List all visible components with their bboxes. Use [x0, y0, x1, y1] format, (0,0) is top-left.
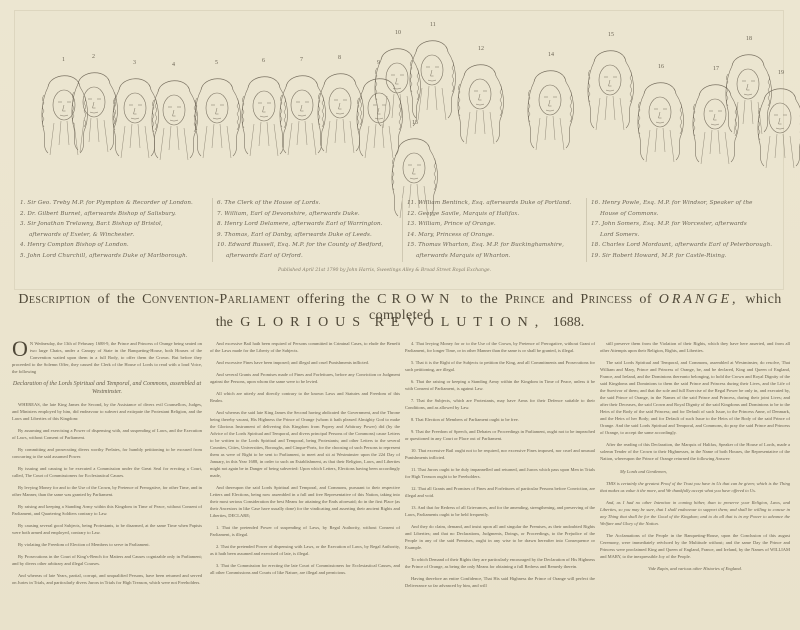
body-paragraph: 8. That Election of Members of Parliamen… — [405, 416, 595, 423]
body-column-2: And excessive Bail hath been required of… — [210, 340, 400, 581]
caption-line: 18. Charles Lord Mordaunt, afterwards Ea… — [591, 240, 781, 251]
drop-cap: O — [12, 340, 28, 358]
body-paragraph: 5. That it is the Right of the Subjects … — [405, 359, 595, 373]
body-paragraph: By assuming and exercising a Power of di… — [12, 427, 202, 441]
body-paragraph: And excessive Fines have been imposed; a… — [210, 359, 400, 366]
caption-line: House of Commons. — [591, 209, 781, 220]
portrait-number: 5 — [215, 60, 218, 66]
body-paragraph: And thereupon the said Lords Spiritual a… — [210, 484, 400, 519]
caption-line: afterwards of Exeter, & Winchester. — [20, 230, 210, 241]
body-text: ON Wednesday, the 13th of February 1688-… — [0, 340, 800, 630]
body-paragraph: And whereas the said late King James the… — [210, 409, 400, 479]
caption-line: 15. Thomas Wharton, Esq. M.P. for Buckin… — [407, 240, 597, 251]
body-paragraph: To which Demand of their Rights they are… — [405, 556, 595, 570]
portrait-number: 8 — [338, 55, 341, 61]
title-description: Description — [18, 292, 90, 307]
portrait-sketch: 14 — [520, 60, 580, 160]
portrait-sketch: 12 — [450, 54, 510, 154]
title-word: to the — [461, 292, 498, 307]
portrait-number: 12 — [478, 46, 484, 52]
body-paragraph: By Prosecutions in the Court of King's-B… — [12, 553, 202, 567]
body-paragraph: And whereas of late Years, partial, corr… — [12, 572, 202, 586]
body-paragraph: 2. That the pretended Power of dispensin… — [210, 543, 400, 557]
title-year: 1688. — [553, 315, 585, 330]
title-word: of the — [98, 292, 136, 307]
body-paragraph: WHEREAS, the late King James the Second,… — [12, 401, 202, 422]
body-paragraph: The said Lords Spiritual and Temporal, a… — [600, 359, 790, 436]
body-paragraph: 9. That the Freedom of Speech, and Debat… — [405, 428, 595, 442]
title-crown: CROWN — [377, 292, 454, 307]
title-convention-parliament: Convention-Parliament — [142, 292, 290, 307]
engraved-head-icon — [750, 78, 800, 173]
body-paragraph: 7. That the Subjects, which are Protesta… — [405, 397, 595, 411]
portrait-number: 10 — [395, 30, 401, 36]
body-paragraph: By levying Money for and to the Use of t… — [12, 484, 202, 498]
engraved-head-icon — [630, 72, 690, 167]
caption-line: 3. Sir Jonathan Trelawny, Bar.t Bishop o… — [20, 219, 210, 230]
body-paragraph: 6. That the raising or keeping a Standin… — [405, 378, 595, 392]
caption-line: 13. William, Prince of Orange. — [407, 219, 597, 230]
caption-line: 9. Thomas, Earl of Danby, afterwards Duk… — [217, 230, 407, 241]
caption-line: 2. Dr. Gilbert Burnet, afterwards Bishop… — [20, 209, 210, 220]
caption-line: 12. George Savile, Marquis of Halifax. — [407, 209, 597, 220]
title-word: and — [552, 292, 573, 307]
caption-line: afterwards Marquis of Wharton. — [407, 251, 597, 262]
portrait-group: 12345678910111213141516171819 — [20, 30, 760, 200]
body-paragraph: And, as I had no other Intention in comi… — [600, 499, 790, 527]
source-citation: Vide Rapin, and various other Histories … — [600, 565, 790, 572]
body-paragraph: still preserve them from the Violation o… — [600, 340, 790, 354]
caption-line: 11. William Bentinck, Esq. afterwards Du… — [407, 198, 597, 209]
publication-line: Published April 21st 1790 by John Harris… — [278, 268, 491, 273]
portrait-number: 18 — [746, 36, 752, 42]
caption-line: afterwards Earl of Orford. — [217, 251, 407, 262]
engraved-head-icon — [520, 60, 580, 155]
body-column-1: ON Wednesday, the 13th of February 1688-… — [12, 340, 202, 591]
body-paragraph: Having therefore an entire Confidence, T… — [405, 575, 595, 589]
portrait-key: 1. Sir Geo. Treby M.P. for Plympton & Re… — [20, 198, 770, 268]
portrait-sketch: 16 — [630, 72, 690, 172]
title-princess: Princess — [580, 292, 632, 307]
caption-line: Lord Somers. — [591, 230, 781, 241]
portrait-number: 14 — [548, 52, 554, 58]
body-paragraph: 10. That excessive Bail ought not to be … — [405, 447, 595, 461]
body-paragraph: 1. That the pretended Power of suspendin… — [210, 524, 400, 538]
caption-line: 19. Sir Robert Howard, M.P. for Castle-R… — [591, 251, 781, 262]
body-paragraph: After the reading of this Declaration, t… — [600, 441, 790, 462]
engraved-head-icon — [450, 54, 510, 149]
body-paragraph: By committing and prosecuting divers wor… — [12, 446, 202, 460]
document-sheet: 12345678910111213141516171819 1. Sir Geo… — [0, 0, 800, 630]
body-paragraph: 3. That the Commission for erecting the … — [210, 562, 400, 576]
portrait-number: 16 — [658, 64, 664, 70]
portrait-number: 4 — [172, 62, 175, 68]
body-paragraph: And excessive Bail hath been required of… — [210, 340, 400, 354]
title-orange: ORANGE, — [659, 292, 739, 307]
caption-line: 7. William, Earl of Devonshire, afterwar… — [217, 209, 407, 220]
body-paragraph: 13. And that for Redress of all Grievanc… — [405, 504, 595, 518]
body-paragraph: And several Grants and Promises made of … — [210, 371, 400, 385]
body-paragraph: 12. That all Grants and Promises of Fine… — [405, 485, 595, 499]
portrait-sketch: 19 — [750, 78, 800, 178]
caption-line: 5. John Lord Churchill, afterwards Duke … — [20, 251, 210, 262]
title-prince: Prince — [505, 292, 545, 307]
closing-paragraph: The Acclamations of the People in the Ba… — [600, 532, 790, 560]
address-salutation: My Lords and Gentlemen, — [600, 468, 790, 475]
title-word: the — [216, 315, 233, 330]
caption-line: 6. The Clerk of the House of Lords. — [217, 198, 407, 209]
title-glorious: GLORIOUS — [240, 315, 367, 330]
caption-column-4: 16. Henry Powle, Esq. M.P. for Windsor, … — [586, 198, 781, 262]
body-paragraph: And they do claim, demand, and insist up… — [405, 523, 595, 551]
body-paragraph: By violating the Freedom of Election of … — [12, 541, 202, 548]
portrait-number: 2 — [92, 54, 95, 60]
body-column-4: still preserve them from the Violation o… — [600, 340, 790, 577]
caption-line: 8. Henry Lord Delamere, afterwards Earl … — [217, 219, 407, 230]
caption-column-3: 11. William Bentinck, Esq. afterwards Du… — [402, 198, 597, 262]
portrait-number: 6 — [262, 58, 265, 64]
body-paragraph: 11. That Jurors ought to be duly impanne… — [405, 466, 595, 480]
body-column-3: 4. That levying Money for or to the Use … — [405, 340, 595, 594]
title-line-2: the GLORIOUS REVOLUTION, 1688. — [0, 315, 800, 331]
caption-line: 17. John Somers, Esq. M.P. for Worcester… — [591, 219, 781, 230]
title-revolution: REVOLUTION, — [375, 315, 546, 330]
caption-column-2: 6. The Clerk of the House of Lords.7. Wi… — [212, 198, 407, 262]
portrait-number: 19 — [778, 70, 784, 76]
intro-paragraph: ON Wednesday, the 13th of February 1688-… — [12, 340, 202, 375]
body-paragraph: THIS is certainly the greatest Proof of … — [600, 480, 790, 494]
caption-line: 10. Edward Russell, Esq. M.P. for the Co… — [217, 240, 407, 251]
caption-line: 1. Sir Geo. Treby M.P. for Plympton & Re… — [20, 198, 210, 209]
body-paragraph: 4. That levying Money for or to the Use … — [405, 340, 595, 354]
portrait-number: 3 — [133, 60, 136, 66]
body-paragraph: By issuing and causing to be executed a … — [12, 465, 202, 479]
caption-line: 16. Henry Powle, Esq. M.P. for Windsor, … — [591, 198, 781, 209]
title-word: of — [639, 292, 651, 307]
caption-line: 14. Mary, Princess of Orange. — [407, 230, 597, 241]
caption-line: 4. Henry Compton Bishop of London. — [20, 240, 210, 251]
portrait-number: 15 — [608, 32, 614, 38]
portrait-number: 13 — [412, 120, 418, 126]
body-paragraph: By raising and keeping a Standing Army w… — [12, 503, 202, 517]
declaration-heading: Declaration of the Lords Spiritual and T… — [12, 380, 202, 396]
portrait-number: 7 — [300, 57, 303, 63]
caption-column-1: 1. Sir Geo. Treby M.P. for Plympton & Re… — [20, 198, 210, 262]
body-paragraph: All which are utterly and directly contr… — [210, 390, 400, 404]
title-word: offering the — [297, 292, 370, 307]
portrait-number: 11 — [430, 22, 436, 28]
body-paragraph: By causing several good Subjects, being … — [12, 522, 202, 536]
